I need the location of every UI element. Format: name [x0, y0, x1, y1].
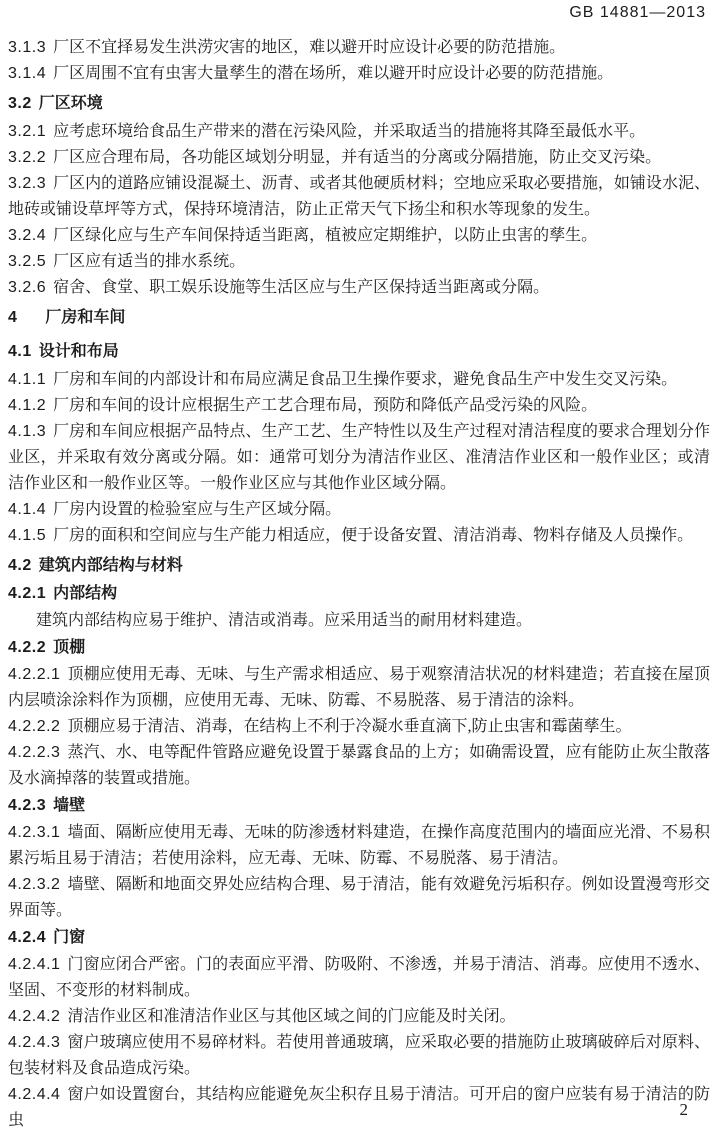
- clause-4-2-2-1: 4.2.2.1顶棚应使用无毒、无味、与生产需求相适应、易于观察清洁状况的材料建造…: [8, 662, 710, 714]
- clause-number: 4.2.2.1: [8, 666, 60, 683]
- clause-text: 厂房和车间的内部设计和布局应满足食品卫生操作要求，避免食品生产中发生交叉污染。: [53, 371, 677, 388]
- clause-number: 4.2.4.2: [8, 1008, 60, 1025]
- clause-number: 3.2.3: [8, 175, 46, 192]
- clause-number: 4.1.2: [8, 397, 46, 414]
- clause-4-2-3-2: 4.2.3.2墙壁、隔断和地面交界处应结构合理、易于清洁，能有效避免污垢积存。例…: [8, 872, 710, 924]
- clause-4-1-5: 4.1.5厂房的面积和空间应与生产能力相适应，便于设备安置、清洁消毒、物料存储及…: [8, 523, 710, 549]
- clause-4-1-4: 4.1.4厂房内设置的检验室应与生产区域分隔。: [8, 497, 710, 523]
- paragraph-text: 建筑内部结构应易于维护、清洁或消毒。应采用适当的耐用材料建造。: [36, 612, 532, 629]
- page-number: 2: [680, 1100, 689, 1120]
- clause-number: 4.2.4.4: [8, 1086, 60, 1103]
- clause-text: 门窗应闭合严密。门的表面应平滑、防吸附、不渗透，并易于清洁、消毒。应使用不透水、…: [8, 956, 710, 999]
- heading-4-2-3: 4.2.3墙壁: [8, 793, 710, 819]
- clause-number: 4.1.3: [8, 423, 46, 440]
- standard-number-header: GB 14881—2013: [569, 4, 706, 22]
- clause-text: 厂区内的道路应铺设混凝土、沥青、或者其他硬质材料；空地应采取必要措施，如铺设水泥…: [8, 175, 710, 218]
- clause-text: 厂区绿化应与生产车间保持适当距离，植被应定期维护，以防止虫害的孳生。: [53, 227, 597, 244]
- clause-number: 4.2.2.3: [8, 744, 60, 761]
- clause-text: 窗户如设置窗台，其结构应能避免灰尘积存且易于清洁。可开启的窗户应装有易于清洁的防…: [8, 1086, 710, 1129]
- clause-3-2-2: 3.2.2厂区应合理布局，各功能区域划分明显，并有适当的分离或分隔措施，防止交叉…: [8, 145, 710, 171]
- clause-text: 厂房和车间应根据产品特点、生产工艺、生产特性以及生产过程对清洁程度的要求合理划分…: [8, 423, 710, 492]
- clause-number: 3.1.4: [8, 65, 46, 82]
- heading-4-2: 4.2建筑内部结构与材料: [8, 553, 710, 579]
- clause-text: 墙面、隔断应使用无毒、无味的防渗透材料建造，在操作高度范围内的墙面应光滑、不易积…: [8, 824, 710, 867]
- clause-text: 蒸汽、水、电等配件管路应避免设置于暴露食品的上方；如确需设置，应有能防止灰尘散落…: [8, 744, 710, 787]
- heading-text: 内部结构: [53, 585, 117, 602]
- clause-3-2-4: 3.2.4厂区绿化应与生产车间保持适当距离，植被应定期维护，以防止虫害的孳生。: [8, 223, 710, 249]
- clause-3-2-3: 3.2.3厂区内的道路应铺设混凝土、沥青、或者其他硬质材料；空地应采取必要措施，…: [8, 171, 710, 223]
- clause-text: 墙壁、隔断和地面交界处应结构合理、易于清洁，能有效避免污垢积存。例如设置漫弯形交…: [8, 876, 710, 919]
- clause-3-2-1: 3.2.1应考虑环境给食品生产带来的潜在污染风险，并采取适当的措施将其降至最低水…: [8, 119, 710, 145]
- clause-4-2-2-3: 4.2.2.3蒸汽、水、电等配件管路应避免设置于暴露食品的上方；如确需设置，应有…: [8, 740, 710, 792]
- clause-text: 厂房内设置的检验室应与生产区域分隔。: [53, 501, 341, 518]
- heading-number: 4.2: [8, 557, 32, 574]
- clause-3-1-3: 3.1.3厂区不宜择易发生洪涝灾害的地区，难以避开时应设计必要的防范措施。: [8, 35, 710, 61]
- clause-number: 4.1.5: [8, 527, 46, 544]
- heading-4: 4厂房和车间: [8, 305, 710, 331]
- document-body: 3.1.3厂区不宜择易发生洪涝灾害的地区，难以避开时应设计必要的防范措施。 3.…: [8, 35, 710, 1131]
- heading-4-2-2: 4.2.2顶棚: [8, 635, 710, 661]
- heading-number: 4.2.4: [8, 929, 46, 946]
- heading-text: 厂房和车间: [45, 309, 125, 326]
- clause-number: 3.1.3: [8, 39, 46, 56]
- clause-number: 3.2.5: [8, 253, 46, 270]
- clause-number: 3.2.4: [8, 227, 46, 244]
- clause-text: 厂区不宜择易发生洪涝灾害的地区，难以避开时应设计必要的防范措施。: [53, 39, 565, 56]
- heading-number: 4: [8, 309, 17, 326]
- clause-text: 厂区应合理布局，各功能区域划分明显，并有适当的分离或分隔措施，防止交叉污染。: [53, 149, 661, 166]
- heading-text: 顶棚: [53, 639, 85, 656]
- clause-number: 4.1.4: [8, 501, 46, 518]
- clause-number: 3.2.2: [8, 149, 46, 166]
- clause-text: 宿舍、食堂、职工娱乐设施等生活区应与生产区保持适当距离或分隔。: [53, 279, 549, 296]
- heading-4-2-4: 4.2.4门窗: [8, 925, 710, 951]
- clause-4-1-3: 4.1.3厂房和车间应根据产品特点、生产工艺、生产特性以及生产过程对清洁程度的要…: [8, 419, 710, 497]
- clause-4-1-2: 4.1.2厂房和车间的设计应根据生产工艺合理布局，预防和降低产品受污染的风险。: [8, 393, 710, 419]
- heading-number: 4.2.2: [8, 639, 46, 656]
- heading-text: 厂区环境: [39, 95, 103, 112]
- clause-text: 应考虑环境给食品生产带来的潜在污染风险，并采取适当的措施将其降至最低水平。: [53, 123, 645, 140]
- clause-3-1-4: 3.1.4厂区周围不宜有虫害大量孳生的潜在场所，难以避开时应设计必要的防范措施。: [8, 61, 710, 87]
- clause-4-2-4-3: 4.2.4.3窗户玻璃应使用不易碎材料。若使用普通玻璃，应采取必要的措施防止玻璃…: [8, 1030, 710, 1082]
- clause-text: 厂区应有适当的排水系统。: [53, 253, 245, 270]
- clause-4-2-4-1: 4.2.4.1门窗应闭合严密。门的表面应平滑、防吸附、不渗透，并易于清洁、消毒。…: [8, 952, 710, 1004]
- clause-text: 窗户玻璃应使用不易碎材料。若使用普通玻璃，应采取必要的措施防止玻璃破碎后对原料、…: [8, 1034, 710, 1077]
- clause-4-2-3-1: 4.2.3.1墙面、隔断应使用无毒、无味的防渗透材料建造，在操作高度范围内的墙面…: [8, 820, 710, 872]
- clause-number: 4.2.2.2: [8, 718, 60, 735]
- clause-number: 4.2.3.2: [8, 876, 60, 893]
- heading-number: 4.2.1: [8, 585, 46, 602]
- heading-4-1: 4.1设计和布局: [8, 339, 710, 365]
- heading-text: 墙壁: [53, 797, 85, 814]
- paragraph-internal-structure: 建筑内部结构应易于维护、清洁或消毒。应采用适当的耐用材料建造。: [8, 608, 710, 634]
- clause-4-2-4-2: 4.2.4.2清洁作业区和准清洁作业区与其他区域之间的门应能及时关闭。: [8, 1004, 710, 1030]
- document-page: GB 14881—2013 3.1.3厂区不宜择易发生洪涝灾害的地区，难以避开时…: [0, 0, 720, 1131]
- clause-number: 4.2.4.1: [8, 956, 60, 973]
- heading-4-2-1: 4.2.1内部结构: [8, 581, 710, 607]
- clause-number: 4.1.1: [8, 371, 46, 388]
- heading-number: 3.2: [8, 95, 32, 112]
- clause-4-2-4-4: 4.2.4.4窗户如设置窗台，其结构应能避免灰尘积存且易于清洁。可开启的窗户应装…: [8, 1082, 710, 1131]
- clause-text: 厂房和车间的设计应根据生产工艺合理布局，预防和降低产品受污染的风险。: [53, 397, 597, 414]
- heading-text: 设计和布局: [39, 343, 119, 360]
- clause-3-2-5: 3.2.5厂区应有适当的排水系统。: [8, 249, 710, 275]
- clause-text: 顶棚应使用无毒、无味、与生产需求相适应、易于观察清洁状况的材料建造；若直接在屋顶…: [8, 666, 710, 709]
- clause-text: 清洁作业区和准清洁作业区与其他区域之间的门应能及时关闭。: [67, 1008, 515, 1025]
- clause-number: 4.2.4.3: [8, 1034, 60, 1051]
- clause-4-2-2-2: 4.2.2.2顶棚应易于清洁、消毒，在结构上不利于冷凝水垂直滴下,防止虫害和霉菌…: [8, 714, 710, 740]
- clause-4-1-1: 4.1.1厂房和车间的内部设计和布局应满足食品卫生操作要求，避免食品生产中发生交…: [8, 367, 710, 393]
- heading-number: 4.2.3: [8, 797, 46, 814]
- heading-text: 门窗: [53, 929, 85, 946]
- clause-text: 顶棚应易于清洁、消毒，在结构上不利于冷凝水垂直滴下,防止虫害和霉菌孳生。: [67, 718, 631, 735]
- clause-3-2-6: 3.2.6宿舍、食堂、职工娱乐设施等生活区应与生产区保持适当距离或分隔。: [8, 275, 710, 301]
- clause-number: 3.2.6: [8, 279, 46, 296]
- clause-number: 4.2.3.1: [8, 824, 60, 841]
- heading-number: 4.1: [8, 343, 32, 360]
- heading-text: 建筑内部结构与材料: [39, 557, 183, 574]
- clause-number: 3.2.1: [8, 123, 46, 140]
- clause-text: 厂房的面积和空间应与生产能力相适应，便于设备安置、清洁消毒、物料存储及人员操作。: [53, 527, 693, 544]
- clause-text: 厂区周围不宜有虫害大量孳生的潜在场所，难以避开时应设计必要的防范措施。: [53, 65, 613, 82]
- heading-3-2: 3.2厂区环境: [8, 91, 710, 117]
